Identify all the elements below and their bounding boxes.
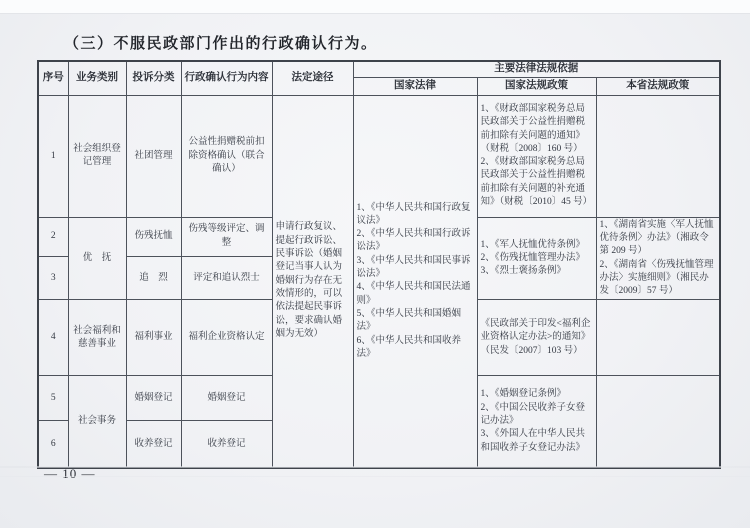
cell-r2-complaint: 伤残抚恤 xyxy=(126,217,181,256)
cell-r4-category: 社会福利和慈善事业 xyxy=(68,300,126,376)
cell-r5-national-policy: 1、《婚姻登记条例》 2、《中国公民收养子女登记办法》 3、《外国人在中华人民共… xyxy=(477,376,596,468)
cell-r4-provincial-policy xyxy=(596,300,720,376)
cell-r6-seq: 6 xyxy=(38,421,68,468)
cell-r5-content: 婚姻登记 xyxy=(181,376,272,421)
cell-r4-seq: 4 xyxy=(38,300,68,376)
cell-r5-complaint: 婚姻登记 xyxy=(126,376,181,421)
cell-r4-complaint: 福利事业 xyxy=(126,300,181,376)
cell-r1-category: 社会组织登记管理 xyxy=(68,95,126,217)
admin-confirmation-table: 序号 业务类别 投诉分类 行政确认行为内容 法定途径 主要法律法规依据 国家法律… xyxy=(37,60,721,469)
header-national-law: 国家法律 xyxy=(353,77,477,95)
header-category: 业务类别 xyxy=(68,61,126,95)
cell-r5-seq: 5 xyxy=(38,376,68,421)
header-confirm-content: 行政确认行为内容 xyxy=(181,61,272,95)
header-seq: 序号 xyxy=(38,61,68,95)
cell-r1-national-policy: 1、《财政部国家税务总局民政部关于公益性捐赠税前扣除有关问题的通知》（财税〔20… xyxy=(477,95,596,217)
header-complaint-type: 投诉分类 xyxy=(126,61,181,95)
header-legal-channel: 法定途径 xyxy=(272,61,353,95)
cell-r2-content: 伤残等级评定、调整 xyxy=(181,217,272,256)
cell-r3-seq: 3 xyxy=(38,256,68,300)
header-provincial-policy: 本省法规政策 xyxy=(596,77,720,95)
cell-r2-national-policy: 1、《军人抚恤优待条例》 2、《伤残抚恤管理办法》 3、《烈士褒扬条例》 xyxy=(477,217,596,300)
page-number: — 10 — xyxy=(44,466,96,482)
cell-r1-complaint: 社团管理 xyxy=(126,95,181,217)
cell-legal-channel: 申请行政复议、提起行政诉讼、民事诉讼（婚姻登记当事人认为婚姻行为存在无效情形的，… xyxy=(272,95,353,468)
header-legal-basis-group: 主要法律法规依据 xyxy=(353,61,720,77)
cell-r1-content: 公益性捐赠税前扣除资格确认（联合确认） xyxy=(181,95,272,217)
cell-national-law: 1、《中华人民共和国行政复议法》 2、《中华人民共和国行政诉讼法》 3、《中华人… xyxy=(353,95,477,468)
cell-r4-content: 福利企业资格认定 xyxy=(181,300,272,376)
cell-r6-content: 收养登记 xyxy=(181,421,272,468)
cell-r1-provincial-policy xyxy=(596,95,720,217)
cell-r2-provincial-policy: 1、《湖南省实施〈军人抚恤优待条例〉办法》（湘政令第 209 号） 2、《湖南省… xyxy=(596,217,720,300)
header-national-policy: 国家法规政策 xyxy=(477,77,596,95)
scanned-document-page: （三）不服民政部门作出的行政确认行为。 序号 业务类别 投诉分类 行政确认行为内… xyxy=(0,0,750,528)
cell-r5-provincial-policy xyxy=(596,376,720,468)
page-title: （三）不服民政部门作出的行政确认行为。 xyxy=(64,32,378,53)
scan-streak xyxy=(0,466,750,468)
cell-r2-category: 优 抚 xyxy=(68,217,126,300)
cell-r3-complaint: 追 烈 xyxy=(126,256,181,300)
cell-r6-complaint: 收养登记 xyxy=(126,421,181,468)
cell-r2-seq: 2 xyxy=(38,217,68,256)
cell-r1-seq: 1 xyxy=(38,95,68,217)
cell-r4-national-policy: 《民政部关于印发<福利企业资格认定办法>的通知》（民发〔2007〕103 号） xyxy=(477,300,596,376)
cell-r5-category: 社会事务 xyxy=(68,376,126,468)
scan-streak xyxy=(0,476,750,477)
cell-r3-content: 评定和追认烈士 xyxy=(181,256,272,300)
scan-edge-strip xyxy=(0,0,750,14)
